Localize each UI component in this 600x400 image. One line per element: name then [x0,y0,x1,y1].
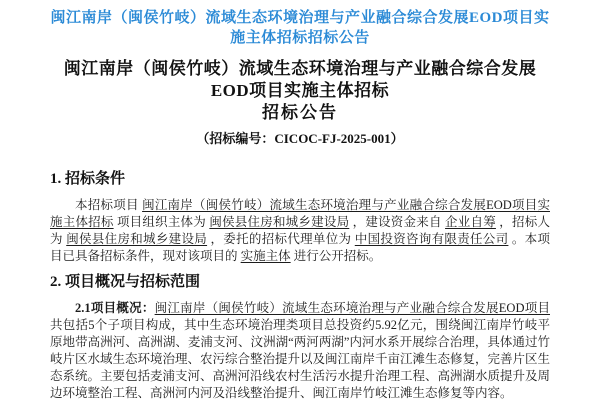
section-heading-tender-conditions: 1. 招标条件 [50,170,550,188]
text-segment: 本招标项目 [75,198,142,212]
underlined-text: 中国投资咨询有限责任公司 [355,232,509,246]
text-segment: 进行公开招标。 [291,249,382,263]
underlined-text: 闽江南岸（闽侯竹岐）流域生态环境治理与产业融合综合发展EOD项目 [155,301,550,315]
underlined-text: 闽侯县住房和城乡建设局 [66,232,207,246]
announcement-label: 招标公告 [50,102,550,124]
section-heading-project-overview: 2. 项目概况与招标范围 [50,273,550,291]
text-segment: ，建设资金来自 [349,215,445,229]
underlined-text: 闽侯县住房和城乡建设局 [209,215,349,229]
document-page: 闽江南岸（闽侯竹岐）流域生态环境治理与产业融合综合发展EOD项目实施主体招标招标… [0,0,600,400]
bold-text: 2.1项目概况： [75,301,155,315]
text-segment: 共包括5个子项目构成，其中生态环境治理类项目总投资约5.92亿元，围绕闽江南岸竹… [50,318,550,400]
underlined-text: 企业自筹 [445,215,496,229]
text-segment: 项目组织主体为 [114,215,210,229]
document-title: 闽江南岸（闽侯竹岐）流域生态环境治理与产业融合综合发展EOD项目实施主体招标 [50,58,550,102]
text-segment: ，委托的招标代理单位为 [207,232,355,246]
page-title: 闽江南岸（闽侯竹岐）流域生态环境治理与产业融合综合发展EOD项目实施主体招标招标… [50,8,550,48]
underlined-text: 实施主体 [241,249,291,263]
tender-conditions-paragraph: 本招标项目 闽江南岸（闽侯竹岐）流域生态环境治理与产业融合综合发展EOD项目实施… [50,197,550,265]
project-overview-paragraph: 2.1项目概况：闽江南岸（闽侯竹岐）流域生态环境治理与产业融合综合发展EOD项目… [50,300,550,400]
tender-number: （招标编号：CICOC-FJ-2025-001） [50,130,550,148]
